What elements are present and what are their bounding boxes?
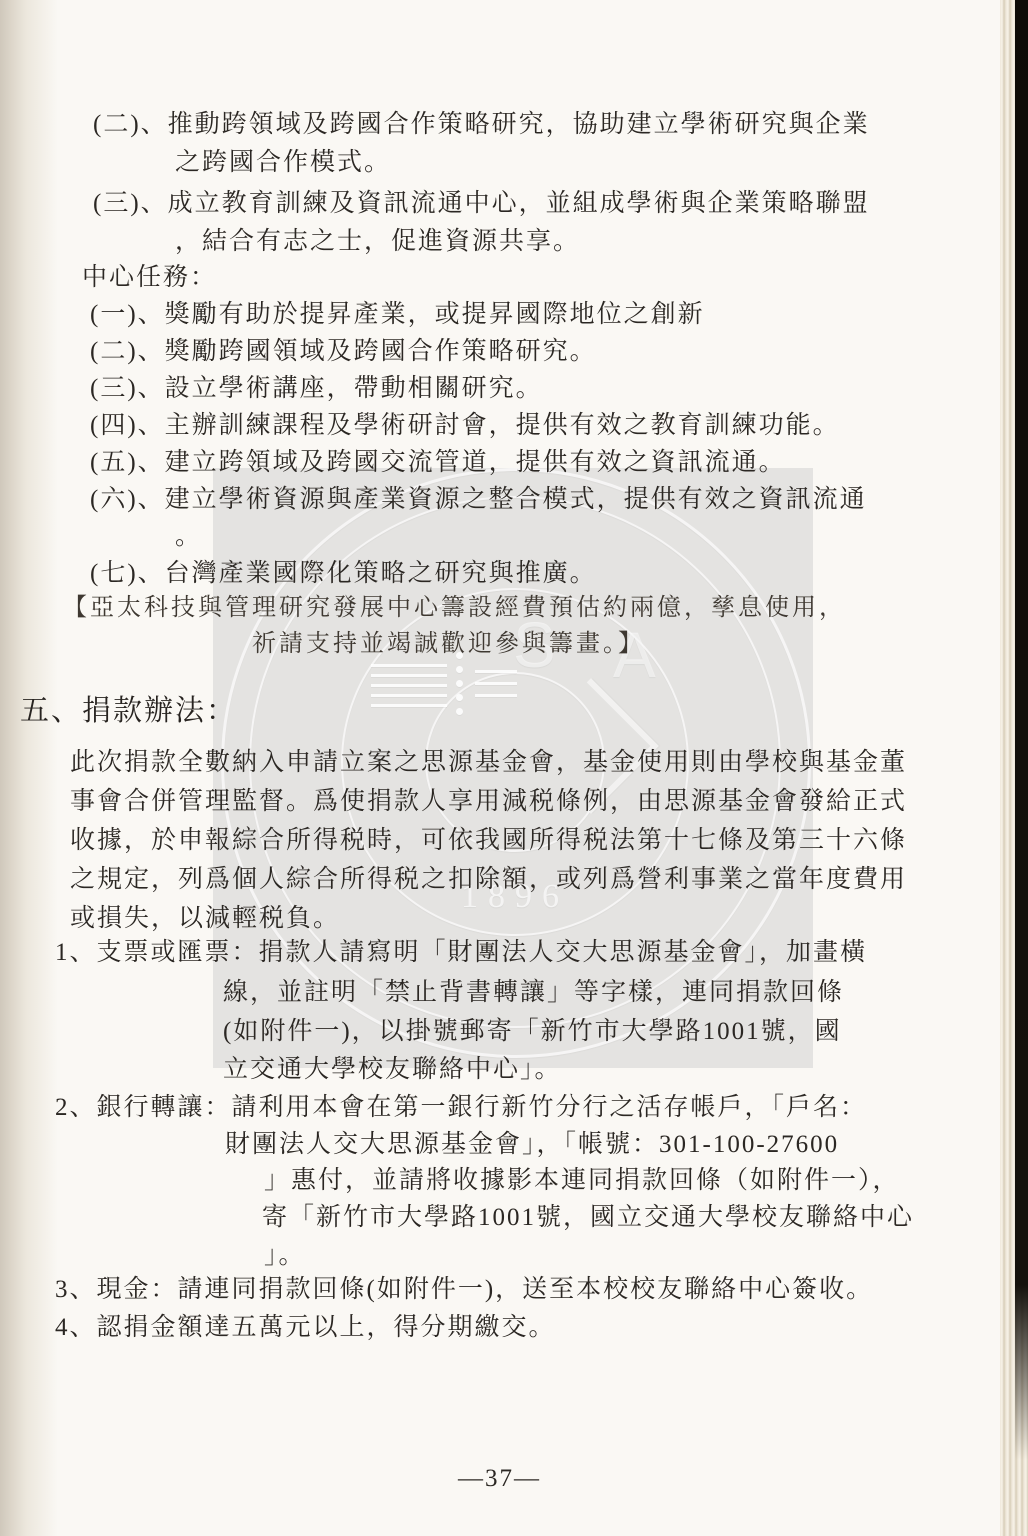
seal-dot-icon — [456, 666, 463, 673]
text-line: (三)、成立教育訓練及資訊流通中心，並組成學術與企業策略聯盟 — [93, 191, 870, 216]
seal-dot-icon — [456, 708, 463, 715]
text-line: 。 — [175, 524, 202, 549]
text-line: (二)、推動跨領域及跨國合作策略研究，協助建立學術研究與企業 — [93, 112, 870, 137]
text-line: (七)、台灣產業國際化策略之研究與推廣。 — [90, 561, 597, 586]
text-line: 寄「新竹市大學路1001號，國立交通大學校友聯絡中心 — [262, 1205, 914, 1230]
seal-emblem-line-icon — [371, 684, 447, 687]
list-item: 1、支票或匯票：捐款人請寫明「財團法人交大思源基金會」，加畫橫 — [55, 940, 867, 965]
text-line: 之規定，列爲個人綜合所得税之扣除額，或列爲營利事業之當年度費用 — [70, 867, 907, 892]
section-heading: 五、捐款辦法： — [20, 697, 237, 726]
text-line: 」惠付，並請將收據影本連同捐款回條（如附件一）， — [264, 1168, 900, 1193]
seal-dot-icon — [456, 694, 463, 701]
seal-emblem-line-icon — [371, 674, 447, 677]
seal-emblem-line-icon — [475, 694, 517, 697]
seal-dot-icon — [456, 680, 463, 687]
text-line: 」。 — [264, 1243, 306, 1268]
text-line: 此次捐款全數納入申請立案之思源基金會，基金使用則由學校與基金董 — [70, 750, 907, 775]
scan-dark-margin — [1015, 0, 1028, 1460]
page-number: —37— — [458, 1466, 541, 1491]
list-item: 4、認捐金額達五萬元以上，得分期繳交。 — [55, 1315, 556, 1340]
text-line: 立交通大學校友聯絡中心」。 — [223, 1057, 562, 1082]
list-item: 2、銀行轉讓：請利用本會在第一銀行新竹分行之活存帳戶，「戶名： — [55, 1095, 867, 1120]
bracket-note-line: 祈請支持並竭誠歡迎參與籌畫。】 — [252, 632, 645, 656]
list-item: 3、現金：請連同捐款回條(如附件一)，送至本校校友聯絡中心簽收。 — [55, 1277, 873, 1302]
scanned-document-page: S A 1896 (二)、推動跨領域及跨國合作策略研究，協助建立學術研究與企業 … — [0, 0, 1028, 1536]
seal-emblem-line-icon — [371, 704, 447, 707]
text-line: 收據，於申報綜合所得税時，可依我國所得税法第十七條及第三十六條 — [70, 828, 907, 853]
scan-left-shadow — [0, 0, 58, 1536]
seal-emblem-line-icon — [371, 664, 447, 667]
text-line: 事會合併管理監督。爲使捐款人享用減税條例，由思源基金會發給正式 — [70, 789, 907, 814]
text-line: (五)、建立跨領域及跨國交流管道，提供有效之資訊流通。 — [90, 450, 786, 475]
text-line: 中心任務： — [82, 265, 217, 290]
text-line: 或損失，以減輕税負。 — [70, 906, 340, 931]
text-line: 線，並註明「禁止背書轉讓」等字樣，連同捐款回條 — [223, 980, 844, 1005]
text-line: 財團法人交大思源基金會」，「帳號：301-100-27600 — [225, 1132, 839, 1157]
text-line: (四)、主辦訓練課程及學術研討會，提供有效之教育訓練功能。 — [90, 413, 840, 438]
bracket-note-line: 【亞太科技與管理研究發展中心籌設經費預估約兩億，孳息使用， — [63, 596, 846, 620]
text-line: 之跨國合作模式。 — [175, 150, 391, 175]
seal-emblem-line-icon — [371, 694, 447, 697]
seal-emblem-line-icon — [475, 670, 517, 673]
text-line: (三)、設立學術講座，帶動相關研究。 — [90, 376, 543, 401]
text-line: ，結合有志之士，促進資源共享。 — [175, 229, 580, 254]
seal-emblem-line-icon — [475, 682, 517, 685]
text-line: (一)、獎勵有助於提昇產業，或提昇國際地位之創新 — [90, 302, 705, 327]
text-line: (如附件一)，以掛號郵寄「新竹市大學路1001號，國 — [223, 1019, 842, 1044]
text-line: (六)、建立學術資源與產業資源之整合模式，提供有效之資訊流通 — [90, 487, 867, 512]
text-line: (二)、獎勵跨國領域及跨國合作策略研究。 — [90, 339, 597, 364]
